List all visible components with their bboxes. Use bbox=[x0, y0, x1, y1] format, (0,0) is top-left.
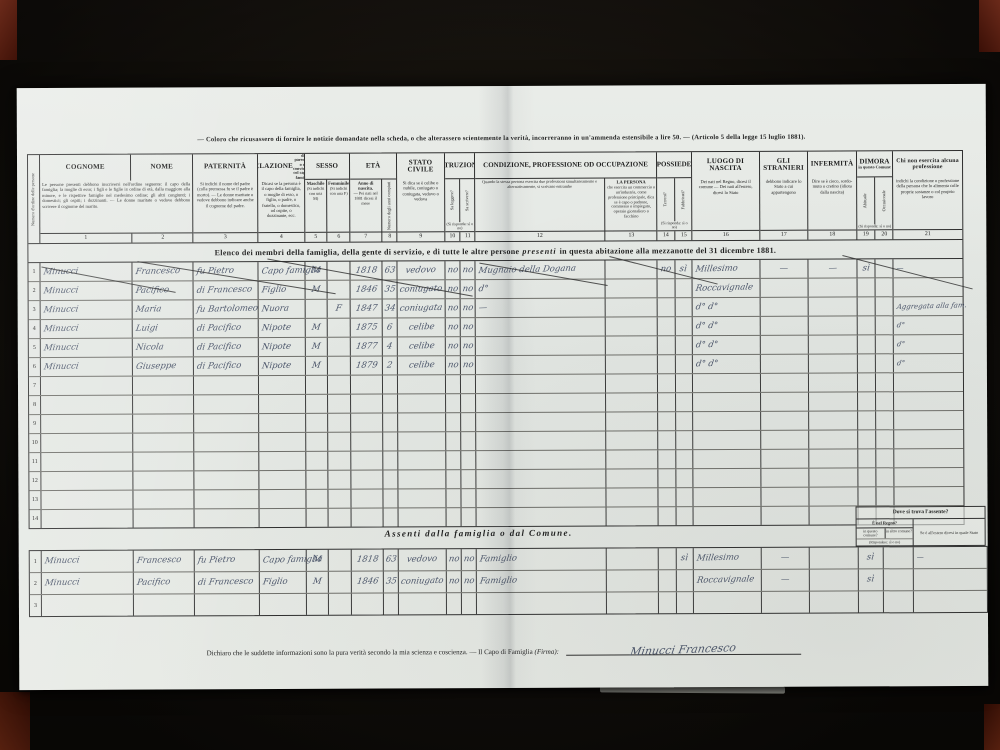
table-cell bbox=[894, 468, 963, 486]
table-cell bbox=[606, 374, 658, 392]
handwritten-entry: Giuseppe bbox=[135, 362, 177, 372]
table-cell bbox=[447, 508, 462, 526]
header-group-title: CONDIZIONE, PROFESSIONE OD OCCUPAZIONE bbox=[475, 152, 656, 179]
column-number: 20 bbox=[875, 230, 893, 239]
table-cell bbox=[858, 316, 876, 334]
handwritten-entry: Famiglio bbox=[479, 577, 517, 586]
table-cell: 1879 bbox=[351, 357, 383, 375]
handwritten-entry: 63 bbox=[385, 556, 397, 565]
table-cell bbox=[659, 507, 677, 525]
handwritten-entry: no bbox=[462, 285, 474, 294]
table-cell bbox=[461, 375, 476, 393]
binding-corner-bottom-right bbox=[984, 704, 1000, 750]
table-cell bbox=[894, 430, 963, 448]
table-cell bbox=[761, 336, 809, 354]
handwritten-entry: Minucci bbox=[43, 305, 79, 314]
handwritten-entry: M bbox=[311, 266, 321, 275]
table-cell: 5 bbox=[29, 339, 41, 357]
table-cell: 13 bbox=[29, 491, 41, 509]
table-cell bbox=[133, 395, 194, 413]
table-cell bbox=[809, 373, 858, 391]
table-cell bbox=[133, 490, 194, 508]
header-col: POSSIEDETerreni?Fabbricati?(Si risponda:… bbox=[657, 152, 692, 240]
table-cell: Francesco bbox=[134, 550, 195, 571]
table-cell bbox=[352, 509, 384, 527]
table-cell bbox=[859, 591, 884, 612]
table-cell bbox=[476, 394, 606, 413]
table-cell bbox=[659, 592, 677, 613]
table-cell: no bbox=[461, 318, 476, 336]
table-cell: 1846 bbox=[351, 281, 383, 299]
table-cell: — bbox=[762, 548, 810, 569]
header-subcolumn: Maschile(Si indichi con una M) bbox=[305, 180, 327, 232]
handwritten-entry: M bbox=[311, 361, 321, 370]
handwritten-entry: sì bbox=[867, 576, 875, 585]
table-cell bbox=[914, 591, 987, 612]
handwritten-entry: 35 bbox=[384, 285, 396, 294]
absent-section-title: Assenti dalla famiglia o dal Comune. bbox=[149, 527, 809, 540]
table-cell: Famiglio bbox=[477, 549, 607, 571]
table-cell bbox=[762, 507, 810, 525]
handwritten-entry: vedovo bbox=[405, 266, 437, 275]
table-cell bbox=[329, 594, 352, 615]
header-col: DIMORAin questo ComuneAbitualeOccasional… bbox=[857, 151, 893, 239]
table-cell: M bbox=[306, 338, 328, 356]
handwritten-entry: sì bbox=[867, 554, 875, 563]
handwritten-entry: 1846 bbox=[356, 578, 379, 587]
header-body: Dire se è cieco, sordo-muto o cretino (i… bbox=[808, 177, 856, 229]
column-number: 19 bbox=[857, 230, 875, 239]
header-num-row: 1011 bbox=[445, 231, 474, 241]
header-col: STATO CIVILESi dica se è celibe o nubile… bbox=[397, 153, 445, 241]
table-cell bbox=[761, 355, 809, 373]
table-cell bbox=[328, 471, 351, 489]
handwritten-entry: Nipote bbox=[261, 323, 291, 332]
table-cell bbox=[914, 569, 987, 590]
table-cell bbox=[42, 595, 134, 616]
table-cell bbox=[446, 413, 461, 431]
row-number: 8 bbox=[33, 402, 36, 408]
table-cell bbox=[761, 393, 809, 411]
header-group-title: POSSIEDE bbox=[657, 152, 691, 178]
table-cell bbox=[306, 490, 328, 508]
census-form-sheet: — Coloro che ricusassero di fornire le n… bbox=[17, 84, 989, 690]
header-col: CONDIZIONE, PROFESSIONE OD OCCUPAZIONEQu… bbox=[475, 152, 657, 241]
handwritten-entry: Famiglio bbox=[479, 555, 517, 564]
header-num-row: 4 bbox=[258, 232, 304, 242]
table-cell bbox=[446, 432, 461, 450]
table-cell bbox=[476, 451, 606, 470]
handwritten-entry: Minucci bbox=[44, 579, 80, 588]
table-cell: F bbox=[328, 300, 351, 318]
table-cell bbox=[398, 413, 446, 431]
handwritten-entry: d° d° bbox=[695, 360, 718, 369]
handwritten-entry: 1875 bbox=[355, 323, 378, 332]
table-cell bbox=[876, 316, 894, 334]
table-cell bbox=[894, 392, 963, 410]
header-subcolumn: Sa leggere? bbox=[445, 179, 460, 222]
table-cell bbox=[41, 491, 133, 509]
table-cell: fu Pietro bbox=[195, 550, 260, 571]
header-col: RELAZIONEdi parentela o di convivenza co… bbox=[258, 154, 305, 242]
table-cell bbox=[858, 430, 876, 448]
table-cell: d° d° bbox=[693, 336, 761, 354]
table-cell: — bbox=[762, 570, 810, 591]
table-cell bbox=[876, 430, 894, 448]
table-cell: 6 bbox=[383, 318, 398, 336]
table-cell: d° bbox=[894, 354, 963, 372]
header-num-row: 16 bbox=[692, 230, 759, 240]
table-cell bbox=[606, 279, 658, 297]
table-cell bbox=[41, 434, 133, 452]
handwritten-entry: Minucci bbox=[44, 557, 80, 566]
handwritten-entry: — bbox=[780, 554, 790, 563]
table-cell bbox=[658, 355, 676, 373]
table-cell bbox=[884, 547, 914, 568]
table-cell bbox=[259, 490, 306, 508]
table-cell bbox=[809, 354, 858, 372]
table-cell: 2 bbox=[383, 356, 398, 374]
absent-location-box: Dove si trova l'assente? È nel Regno? in… bbox=[856, 506, 986, 547]
header-title: INFERMITÀ bbox=[808, 151, 856, 177]
table-cell bbox=[894, 449, 963, 467]
header-title: RELAZIONEdi parentela o di convivenza co… bbox=[258, 154, 304, 180]
header-num-row: 17 bbox=[760, 230, 807, 240]
header-title: GLI STRANIERI bbox=[760, 152, 807, 178]
header-subcolumns: Sa leggere?Sa scrivere? bbox=[445, 179, 474, 222]
census-photo: { "warning_line": "— Coloro che ricusass… bbox=[0, 0, 1000, 750]
banner-post: in questa abitazione alla mezzanotte del… bbox=[560, 245, 777, 255]
table-cell bbox=[42, 510, 134, 528]
absent-box-note: (Rispondere: sì o no) bbox=[857, 538, 913, 546]
header-title: NOME bbox=[131, 154, 192, 180]
table-cell: Pacifico bbox=[134, 572, 195, 593]
header-col: INFERMITÀDire se è cieco, sordo-muto o c… bbox=[808, 151, 857, 239]
header-rot-label: Fabbricati? bbox=[681, 190, 686, 209]
table-cell: 9 bbox=[29, 415, 41, 433]
table-cell: Minucci bbox=[41, 339, 133, 357]
table-cell bbox=[477, 508, 607, 527]
table-cell bbox=[677, 592, 694, 613]
table-cell: Minucci bbox=[41, 301, 133, 319]
table-cell bbox=[676, 469, 693, 487]
table-cell bbox=[858, 468, 876, 486]
header-subcolumn: LA PERSONAche esercita un commercio o un… bbox=[605, 178, 657, 230]
column-number: 11 bbox=[460, 232, 475, 241]
table-cell: sì bbox=[857, 259, 875, 277]
header-title: COGNOME bbox=[40, 155, 132, 181]
present-rows: 1MinucciFrancescofu PietroCapo famigliaM… bbox=[28, 259, 963, 528]
table-cell bbox=[461, 470, 476, 488]
table-cell bbox=[809, 392, 858, 410]
table-cell bbox=[476, 375, 606, 394]
handwritten-entry: di Francesco bbox=[196, 285, 253, 295]
table-cell bbox=[809, 335, 858, 353]
table-cell bbox=[306, 414, 328, 432]
table-cell: no bbox=[446, 356, 461, 374]
table-cell: no bbox=[462, 549, 477, 570]
table-cell: Minucci bbox=[41, 282, 133, 300]
table-cell: Nipote bbox=[259, 319, 306, 337]
table-cell bbox=[398, 451, 446, 469]
header-rot-label: Occasionale bbox=[882, 190, 887, 211]
table-cell bbox=[461, 451, 476, 469]
table-cell: Millesimo bbox=[692, 260, 760, 278]
table-cell bbox=[306, 395, 328, 413]
row-number: 3 bbox=[34, 603, 37, 609]
table-cell: no bbox=[445, 261, 460, 279]
table-cell: sì bbox=[859, 569, 884, 590]
header-rot-label: Numero degli anni compiuti bbox=[387, 181, 392, 230]
absent-box-abroad: Se è all'estero dicesi in quale Stato bbox=[914, 519, 985, 546]
table-cell bbox=[446, 375, 461, 393]
handwritten-entry: sì bbox=[679, 265, 687, 274]
table-cell bbox=[658, 279, 676, 297]
table-cell bbox=[462, 593, 477, 614]
table-cell bbox=[351, 376, 383, 394]
header-body: Le persone presenti debbono inscriversi … bbox=[40, 180, 192, 233]
table-cell: Roccavignale bbox=[693, 279, 761, 297]
handwritten-entry: Luigi bbox=[135, 324, 158, 333]
handwritten-entry: 6 bbox=[386, 323, 393, 332]
table-cell bbox=[260, 594, 307, 615]
head-of-family-signature: Minucci Francesco bbox=[629, 641, 737, 658]
handwritten-entry: — bbox=[779, 264, 789, 273]
header-subcolumn: Occasionale bbox=[875, 177, 893, 224]
banner-presenti: presenti bbox=[522, 246, 556, 255]
handwritten-entry: d° bbox=[896, 322, 905, 329]
table-cell bbox=[398, 375, 446, 393]
table-cell bbox=[476, 318, 606, 337]
table-cell bbox=[398, 432, 446, 450]
table-cell bbox=[876, 411, 894, 429]
handwritten-entry: Nipote bbox=[261, 361, 291, 370]
header-num-row: 9 bbox=[397, 231, 444, 241]
table-cell bbox=[606, 336, 658, 354]
column-number: 1 bbox=[40, 234, 132, 243]
table-cell bbox=[858, 392, 876, 410]
table-cell bbox=[446, 394, 461, 412]
table-cell bbox=[307, 509, 329, 527]
table-cell bbox=[194, 471, 259, 489]
handwritten-entry: — bbox=[478, 304, 488, 313]
table-cell bbox=[858, 373, 876, 391]
table-cell bbox=[876, 392, 894, 410]
handwritten-entry: Roccavignale bbox=[695, 283, 754, 293]
table-cell bbox=[676, 374, 693, 392]
column-number: 18 bbox=[808, 230, 856, 239]
table-cell bbox=[399, 508, 447, 526]
table-cell bbox=[195, 594, 260, 615]
table-cell: Luigi bbox=[133, 319, 194, 337]
table-cell bbox=[810, 547, 859, 568]
table-cell bbox=[259, 471, 306, 489]
table-cell bbox=[809, 468, 858, 486]
handwritten-entry: 34 bbox=[384, 304, 396, 313]
handwritten-entry: d° bbox=[896, 360, 905, 367]
header-body: Si indichi il nome del padre (colla prem… bbox=[193, 180, 257, 232]
handwritten-entry: d° d° bbox=[695, 303, 718, 312]
table-cell bbox=[447, 593, 462, 614]
table-cell bbox=[461, 413, 476, 431]
handwritten-entry: no bbox=[462, 323, 474, 332]
table-cell bbox=[676, 412, 693, 430]
handwritten-entry: Pacifico bbox=[136, 578, 171, 587]
table-cell bbox=[676, 355, 693, 373]
table-cell bbox=[259, 433, 306, 451]
column-number: 8 bbox=[382, 232, 397, 241]
header-rot-label: Sa leggere? bbox=[450, 191, 455, 211]
handwritten-entry: 1818 bbox=[355, 266, 378, 275]
table-cell bbox=[306, 376, 328, 394]
table-cell: — bbox=[808, 259, 857, 277]
handwritten-entry: no bbox=[462, 361, 474, 370]
table-cell bbox=[351, 414, 383, 432]
table-cell: no bbox=[657, 260, 675, 278]
table-cell: 1 bbox=[28, 263, 40, 281]
table-cell bbox=[858, 278, 876, 296]
table-cell: 3 bbox=[29, 301, 41, 319]
table-cell bbox=[328, 376, 351, 394]
handwritten-entry: d° d° bbox=[695, 341, 718, 350]
header-two-titles: COGNOMENOME bbox=[40, 154, 192, 181]
table-cell bbox=[446, 470, 461, 488]
handwritten-entry: no bbox=[462, 342, 474, 351]
table-cell bbox=[606, 412, 658, 430]
header-title: Chi non esercita alcuna professione bbox=[893, 151, 962, 177]
table-cell bbox=[693, 374, 761, 392]
header-col: Chi non esercita alcuna professioneindic… bbox=[893, 151, 962, 239]
table-cell: no bbox=[461, 299, 476, 317]
handwritten-entry: Aggregata alla fam. bbox=[896, 302, 967, 311]
header-subcolumns: Anno di nascita.— Pei nati nel 1881 dice… bbox=[350, 179, 396, 231]
table-cell bbox=[476, 337, 606, 356]
handwritten-entry: 1877 bbox=[355, 342, 378, 351]
table-cell bbox=[477, 593, 607, 615]
table-cell bbox=[383, 375, 398, 393]
table-cell bbox=[260, 509, 307, 527]
table-cell bbox=[194, 433, 259, 451]
table-cell bbox=[476, 413, 606, 432]
handwritten-entry: Nuora bbox=[261, 304, 289, 313]
table-cell: Capo famiglia bbox=[258, 262, 305, 280]
table-cell: Nicola bbox=[133, 338, 194, 356]
table-cell bbox=[446, 451, 461, 469]
table-cell bbox=[259, 452, 306, 470]
handwritten-entry: no bbox=[447, 266, 459, 275]
table-cell bbox=[306, 433, 328, 451]
table-cell: 8 bbox=[29, 396, 41, 414]
table-cell bbox=[194, 395, 259, 413]
banner-pre: Elenco dei membri della famiglia, della … bbox=[215, 246, 520, 256]
table-cell: 11 bbox=[29, 453, 41, 471]
handwritten-entry: coniugato bbox=[400, 577, 444, 587]
table-cell bbox=[328, 452, 351, 470]
header-num-row: 18 bbox=[808, 229, 856, 239]
handwritten-entry: coniugata bbox=[399, 304, 443, 314]
table-cell: Minucci bbox=[42, 573, 134, 594]
table-cell: di Pacifico bbox=[194, 357, 259, 375]
handwritten-entry: fu Pietro bbox=[196, 267, 235, 276]
table-cell bbox=[876, 278, 894, 296]
header-num-row: 56 bbox=[305, 232, 349, 242]
handwritten-entry: 63 bbox=[383, 266, 395, 275]
column-number: 13 bbox=[605, 231, 657, 240]
subcolumn-body: — Pei nati nel 1881 dicesi il mese bbox=[350, 191, 381, 208]
table-cell: Minucci bbox=[41, 358, 133, 376]
table-cell bbox=[761, 450, 809, 468]
table-cell bbox=[761, 431, 809, 449]
column-number: 5 bbox=[305, 233, 327, 242]
firma-label: (Firma): bbox=[534, 648, 559, 656]
table-cell bbox=[658, 336, 676, 354]
table-cell: 3 bbox=[30, 595, 42, 616]
handwritten-entry: 2 bbox=[387, 361, 394, 370]
table-cell: no bbox=[461, 356, 476, 374]
table-cell: Minucci bbox=[41, 320, 133, 338]
header-subcolumns: AbitualeOccasionale bbox=[857, 177, 892, 224]
table-cell bbox=[693, 412, 761, 430]
table-cell: 1818 bbox=[352, 550, 384, 571]
table-cell bbox=[398, 489, 446, 507]
header-subcolumn: Sa scrivere? bbox=[460, 179, 475, 222]
table-cell bbox=[658, 412, 676, 430]
table-cell: Pacifico bbox=[133, 281, 194, 299]
table-cell: M bbox=[307, 572, 329, 593]
table-cell bbox=[384, 593, 399, 614]
handwritten-entry: di Pacifico bbox=[196, 361, 242, 371]
header-body: Dicasi se la persona è il capo della fam… bbox=[258, 180, 304, 232]
header-num-row: 1920 bbox=[857, 229, 892, 239]
table-cell bbox=[693, 450, 761, 468]
table-cell bbox=[133, 414, 194, 432]
table-cell: Nuora bbox=[259, 300, 306, 318]
declaration-line: Dichiaro che le suddette informazioni so… bbox=[19, 640, 988, 658]
header-num-row: 21 bbox=[893, 229, 962, 239]
handwritten-entry: Nicola bbox=[135, 343, 164, 352]
table-cell bbox=[384, 508, 399, 526]
table-cell bbox=[606, 393, 658, 411]
table-cell bbox=[693, 488, 761, 506]
table-cell bbox=[383, 432, 398, 450]
signature-line: Minucci Francesco bbox=[566, 641, 801, 656]
table-cell: 7 bbox=[29, 377, 41, 395]
header-col: PATERNITÀSi indichi il nome del padre (c… bbox=[193, 154, 258, 242]
row-number: 1 bbox=[32, 269, 35, 275]
table-cell bbox=[676, 317, 693, 335]
column-number: 6 bbox=[327, 233, 350, 242]
table-cell: vedovo bbox=[399, 549, 447, 570]
table-cell bbox=[658, 450, 676, 468]
subcolumn-body: Quando la stessa persona esercita due pr… bbox=[475, 179, 604, 191]
table-cell bbox=[461, 394, 476, 412]
table-cell bbox=[607, 570, 659, 591]
table-cell bbox=[658, 393, 676, 411]
table-cell bbox=[810, 506, 859, 524]
table-cell: celibe bbox=[398, 356, 446, 374]
handwritten-entry: di Francesco bbox=[197, 578, 254, 588]
table-cell: 63 bbox=[384, 549, 399, 570]
row-number: 2 bbox=[34, 581, 37, 587]
header-body: debbono indicare lo Stato a cui apparten… bbox=[760, 178, 807, 230]
row-number: 1 bbox=[34, 559, 37, 565]
table-cell bbox=[133, 433, 194, 451]
header-col: LUOGO DI NASCITADei nati nel Regno, dice… bbox=[692, 152, 760, 240]
handwritten-entry: 1846 bbox=[355, 285, 378, 294]
table-cell bbox=[876, 449, 894, 467]
table-cell: Giuseppe bbox=[133, 357, 194, 375]
table-cell bbox=[658, 317, 676, 335]
